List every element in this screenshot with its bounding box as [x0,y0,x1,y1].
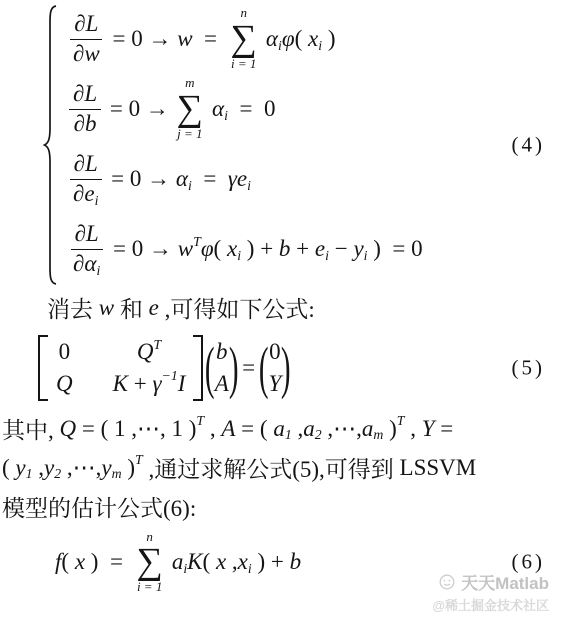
fraction-denominator: ∂b [70,110,101,137]
math-token: Q [56,372,73,396]
math-token: ,⋯, [322,416,362,442]
math-token: + [128,372,152,396]
math-token: = 0 → [107,236,177,262]
subscript: i [237,248,241,264]
equation-number-4: (4) [512,133,546,158]
subscript: i [224,108,228,124]
equation-4-line-3: ∂L∂ei = 0 → αi = γei [66,144,423,214]
fraction: ∂L∂b [69,81,101,137]
math-token: b [216,340,228,364]
math-token: x [227,236,237,262]
math-token: ∂e [73,181,95,207]
math-token: 其中, [2,412,60,445]
math-token: ∂L [74,151,98,177]
equation-4-line-4: ∂L∂αi = 0 → wTφ( xi ) + b + ei − yi ) = … [66,214,423,284]
math-token: Q [56,372,73,396]
sigma-icon: ∑ [136,544,162,579]
math-token: b [290,549,302,575]
math-token: ) + [241,236,279,262]
math-token: ( [203,549,216,575]
math-token: e [149,295,159,321]
math-token: γ [152,372,161,396]
matrix-column: 0Q [56,340,73,395]
math-token: ( [295,26,308,52]
math-token: ,可得如下公式: [159,291,315,324]
subscript: 2 [54,466,61,482]
fraction-numerator: ∂L [71,221,103,250]
big-paren-left: ( [205,340,215,395]
fraction-denominator: ∂ei [69,180,102,207]
math-token: A [221,416,235,442]
math-token: ) [85,549,98,575]
math-token: Y [422,416,435,442]
math-token: ,通过求解公式(5),可得到 [143,451,400,484]
math-token: ∂b [74,111,97,137]
big-paren-left: ( [259,340,269,395]
subscript: i [278,38,282,54]
math-token: b [216,340,228,364]
left-curly-brace-icon [42,4,58,286]
subscript: 1 [26,466,33,482]
math-token: = ( 1 ,⋯, 1 ) [76,416,196,442]
math-token: ,⋯, [61,455,101,481]
where-line-1: 其中, Q = ( 1 ,⋯, 1 )T , A = ( a1 ,a2 ,⋯,a… [2,409,575,448]
where-paragraph: 其中, Q = ( 1 ,⋯, 1 )T , A = ( a1 ,a2 ,⋯,a… [2,409,575,526]
watermark-face-icon [438,573,456,591]
summation: n∑i = 1 [136,530,162,595]
sum-lower-limit: i = 1 [231,57,256,72]
math-token: Q [137,340,154,364]
math-token: y [44,455,54,481]
superscript: −1 [162,369,178,383]
math-token: a [362,416,374,442]
math-token: A [215,372,229,396]
math-token: α [176,166,188,192]
math-token: y [353,236,363,262]
fraction-numerator: ∂L [69,81,101,110]
watermark-brand: 天天Matlab [461,569,549,594]
matrix-column: 0Y [268,340,281,395]
equation-system-4: ∂L∂w = 0 → w = n∑i = 1αiφ( xi ) ∂L∂b = 0… [42,4,565,286]
fraction-numerator: ∂L [70,151,102,180]
superscript: T [135,452,143,468]
math-token: 0 [59,340,71,364]
subscript: i [183,561,187,577]
equation-lines: ∂L∂w = 0 → w = n∑i = 1αiφ( xi ) ∂L∂b = 0… [66,4,423,286]
math-token: φ [282,26,295,52]
paper-page: ∂L∂w = 0 → w = n∑i = 1αiφ( xi ) ∂L∂b = 0… [0,0,575,617]
math-token: 0 [59,340,71,364]
superscript: T [193,234,201,250]
math-token: 和 [114,291,149,324]
math-token: , [292,416,304,442]
matrix-column: bA [215,340,229,395]
subscript: i [364,248,368,264]
math-token: x [308,26,318,52]
math-token: γe [228,166,247,192]
math-token: α [212,96,224,122]
math-token: A [215,372,229,396]
math-token: e [315,236,325,262]
subscript: m [373,427,383,443]
math-token: a [303,416,315,442]
math-token: ∂L [73,81,97,107]
math-token: x [216,549,226,575]
math-token: I [178,372,186,396]
math-token: ∂α [73,251,96,277]
math-token: 0 [269,340,281,364]
superscript: T [397,413,405,429]
math-token: , [204,416,221,442]
math-token: K [113,372,128,396]
big-paren-right: ) [281,340,291,395]
subscript: i [318,38,322,54]
equation-4-line-2: ∂L∂b = 0 → m∑j = 1αi = 0 [66,74,423,144]
fraction: ∂L∂ei [69,151,102,207]
math-token: LSSVM [400,455,477,481]
sum-lower-limit: j = 1 [177,127,202,142]
subscript: i [325,248,329,264]
math-token: + [290,236,314,262]
math-token: b [279,236,291,262]
math-token: = 0 → [105,166,175,192]
watermark-community: @稀土掘金技术社区 [432,595,549,614]
subscript: i [248,561,252,577]
math-token: = [192,166,228,192]
sum-lower-limit: i = 1 [137,580,162,595]
matrix-column: QTK + γ−1I [113,340,186,395]
where-line-2: ( y1 ,y2 ,⋯,ym )T ,通过求解公式(5),可得到 LSSVM [2,448,575,487]
math-token: 消去 [47,291,99,324]
math-token: K + γ−1I [113,372,186,396]
subscript: i [95,193,99,208]
math-token: = ( [235,416,273,442]
subscript: 1 [285,427,292,443]
math-token: ) [122,455,135,481]
superscript: T [196,413,204,429]
matrix-bracket-left [38,335,48,401]
math-token: 模型的估计公式(6): [2,490,196,523]
math-token: x [238,549,248,575]
math-token: w [178,236,193,262]
equation-5-body: 0QQTK + γ−1I(bA)=(0Y) [38,335,289,401]
math-token: ( [2,455,15,481]
math-token: K [187,549,202,575]
summation: n∑i = 1 [231,6,257,71]
math-token: = [242,355,255,381]
math-token: = 0 → [107,26,177,52]
math-token: = [98,549,134,575]
equation-5: 0QQTK + γ−1I(bA)=(0Y) (5) [38,330,565,406]
fraction: ∂L∂αi [69,221,104,277]
intro-text: 消去 w 和 e ,可得如下公式: [47,291,315,324]
math-token: w [177,26,192,52]
math-token: ) [383,416,396,442]
math-token: ∂L [74,11,98,37]
math-token: , [33,455,45,481]
math-token: = 0 → [104,96,174,122]
equation-6-body: f( x ) = n∑i = 1aiK( x ,xi ) + b [55,530,301,595]
fraction-denominator: ∂w [69,40,104,67]
math-token: w [99,295,114,321]
math-token: Q [60,416,77,442]
math-token: , [404,416,421,442]
math-token: α [266,26,278,52]
math-token: , [226,549,238,575]
math-token: = 0 [228,96,275,122]
watermark: 天天Matlab @稀土掘金技术社区 [432,569,549,614]
fraction: ∂L∂w [69,11,104,67]
math-token: QT [137,340,161,364]
math-token: ) = 0 [368,236,423,262]
math-token: ( [61,549,74,575]
subscript: 2 [315,427,322,443]
math-token: ( [214,236,227,262]
equation-number-5: (5) [512,356,546,381]
subscript: i [247,178,251,194]
math-token: = [435,416,454,442]
math-token: ∂L [75,221,99,247]
fraction-denominator: ∂αi [69,250,104,277]
superscript: T [153,338,161,352]
fraction-numerator: ∂L [70,11,102,40]
math-token: a [172,549,184,575]
subscript: i [96,263,100,278]
sigma-icon: ∑ [177,91,203,126]
math-token: φ [201,236,214,262]
math-token: ) [322,26,335,52]
matrix-bracket-right [193,335,203,401]
math-token: x [75,549,85,575]
subscript: m [112,466,122,482]
subscript: i [188,178,192,194]
math-token: ) + [252,549,290,575]
math-token: − [329,236,353,262]
math-token: 0 [269,340,281,364]
math-token: y [101,455,111,481]
equation-4-line-1: ∂L∂w = 0 → w = n∑i = 1αiφ( xi ) [66,4,423,74]
math-token: y [15,455,25,481]
big-paren-right: ) [229,340,239,395]
math-token: Y [268,372,281,396]
where-line-3: 模型的估计公式(6): [2,487,575,526]
summation: m∑j = 1 [177,76,203,141]
math-token: a [273,416,285,442]
sigma-icon: ∑ [231,21,257,56]
math-token: = [193,26,229,52]
math-token: ∂w [73,41,100,67]
math-token: Y [268,372,281,396]
